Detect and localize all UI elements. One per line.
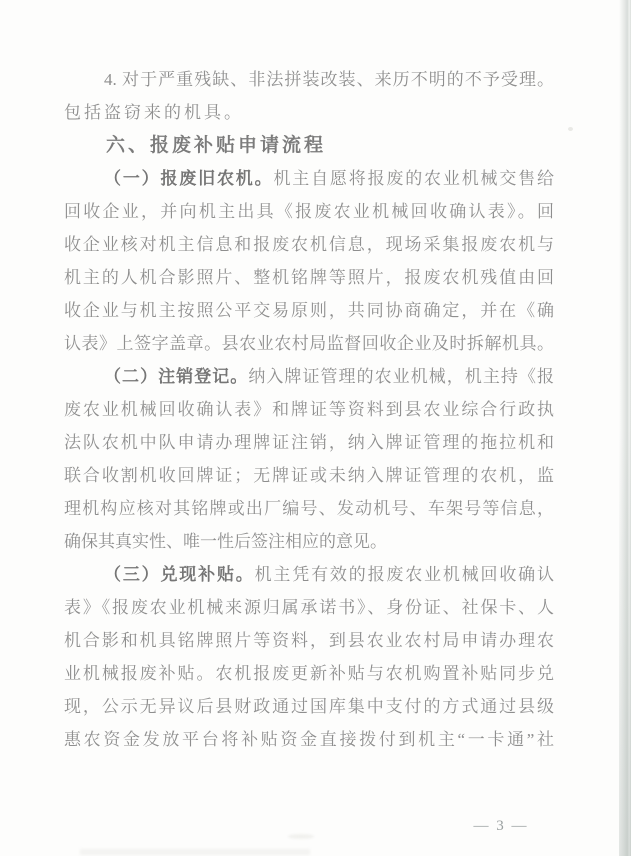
scanned-document-page: 4. 对于严重残缺、非法拼装改装、来历不明的不予受理。 包括盗窃来的机具。 六、… xyxy=(0,0,631,856)
text-line: 确保其真实性、唯一性后签注相应的意见。 xyxy=(64,525,554,558)
paragraph-text: 机主凭有效的报废农业机械回收确认 xyxy=(255,565,554,584)
text-line: 回收企业，并向机主出具《报废农业机械回收确认表》。回 xyxy=(64,195,554,228)
paragraph-text: 纳入牌证管理的农业机械，机主持《报 xyxy=(248,367,554,386)
text-line: 机合影和机具铭牌照片等资料，到县农业农村局申请办理农 xyxy=(64,624,554,657)
scan-edge-shadow-bottom xyxy=(619,428,631,856)
document-body: 4. 对于严重残缺、非法拼装改装、来历不明的不予受理。 包括盗窃来的机具。 六、… xyxy=(64,63,554,756)
paragraph-lead: （二）注销登记。 xyxy=(104,367,248,386)
text-line: 联合收割机收回牌证；无牌证或未纳入牌证管理的农机，监 xyxy=(64,459,554,492)
text-line: 4. 对于严重残缺、非法拼装改装、来历不明的不予受理。 xyxy=(64,63,554,96)
text-line: 表》《报废农业机械来源归属承诺书》、身份证、社保卡、人 xyxy=(64,591,554,624)
text-line: （一）报废旧农机。机主自愿将报废的农业机械交售给 xyxy=(64,162,554,195)
text-line: 理机构应核对其铭牌或出厂编号、发动机号、车架号等信息， xyxy=(64,492,554,525)
paragraph-text: 机主自愿将报废的农业机械交售给 xyxy=(273,169,554,188)
section-heading: 六、报废补贴申请流程 xyxy=(64,129,554,162)
text-line: 收企业与机主按照公平交易原则，共同协商确定，并在《确 xyxy=(64,294,554,327)
text-line: 惠农资金发放平台将补贴资金直接拨付到机主“一卡通”社 xyxy=(64,723,554,756)
text-line: 机主的人机合影照片、整机铭牌等照片，报废农机残值由回 xyxy=(64,261,554,294)
text-line: （三）兑现补贴。机主凭有效的报废农业机械回收确认 xyxy=(64,558,554,591)
text-line: 认表》上签字盖章。县农业农村局监督回收企业及时拆解机具。 xyxy=(64,327,554,360)
paragraph-lead: （三）兑现补贴。 xyxy=(104,565,255,584)
scan-smudge xyxy=(288,834,314,839)
page-number: — 3 — xyxy=(455,818,547,835)
text-line: 现，公示无异议后县财政通过国库集中支付的方式通过县级 xyxy=(64,690,554,723)
text-line: 废农业机械回收确认表》和牌证等资料到县农业综合行政执 xyxy=(64,393,554,426)
scan-bleedthrough xyxy=(80,849,310,855)
text-line: 法队农机中队申请办理牌证注销，纳入牌证管理的拖拉机和 xyxy=(64,426,554,459)
text-line: （二）注销登记。纳入牌证管理的农业机械，机主持《报 xyxy=(64,360,554,393)
text-line: 包括盗窃来的机具。 xyxy=(64,96,554,129)
paragraph-lead: （一）报废旧农机。 xyxy=(104,169,273,188)
scan-speck xyxy=(568,127,573,131)
text-line: 收企业核对机主信息和报废农机信息，现场采集报废农机与 xyxy=(64,228,554,261)
text-line: 业机械报废补贴。农机报废更新补贴与农机购置补贴同步兑 xyxy=(64,657,554,690)
